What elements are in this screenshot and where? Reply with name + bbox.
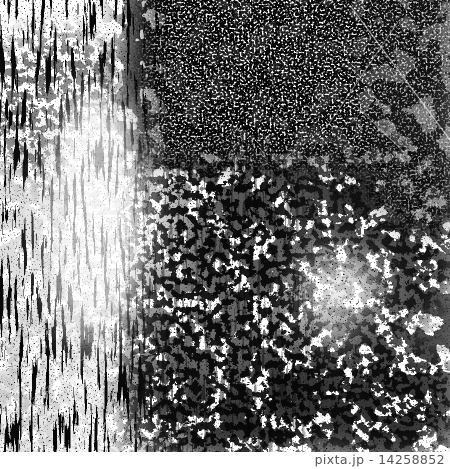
watermark-text: pixta.jp - 14258852 bbox=[315, 454, 445, 467]
grunge-texture-image bbox=[0, 0, 450, 452]
texture-layer-white-speckle bbox=[0, 0, 450, 452]
watermark-bar: pixta.jp - 14258852 bbox=[0, 452, 450, 469]
stock-photo-preview: pixta.jp - 14258852 bbox=[0, 0, 450, 469]
